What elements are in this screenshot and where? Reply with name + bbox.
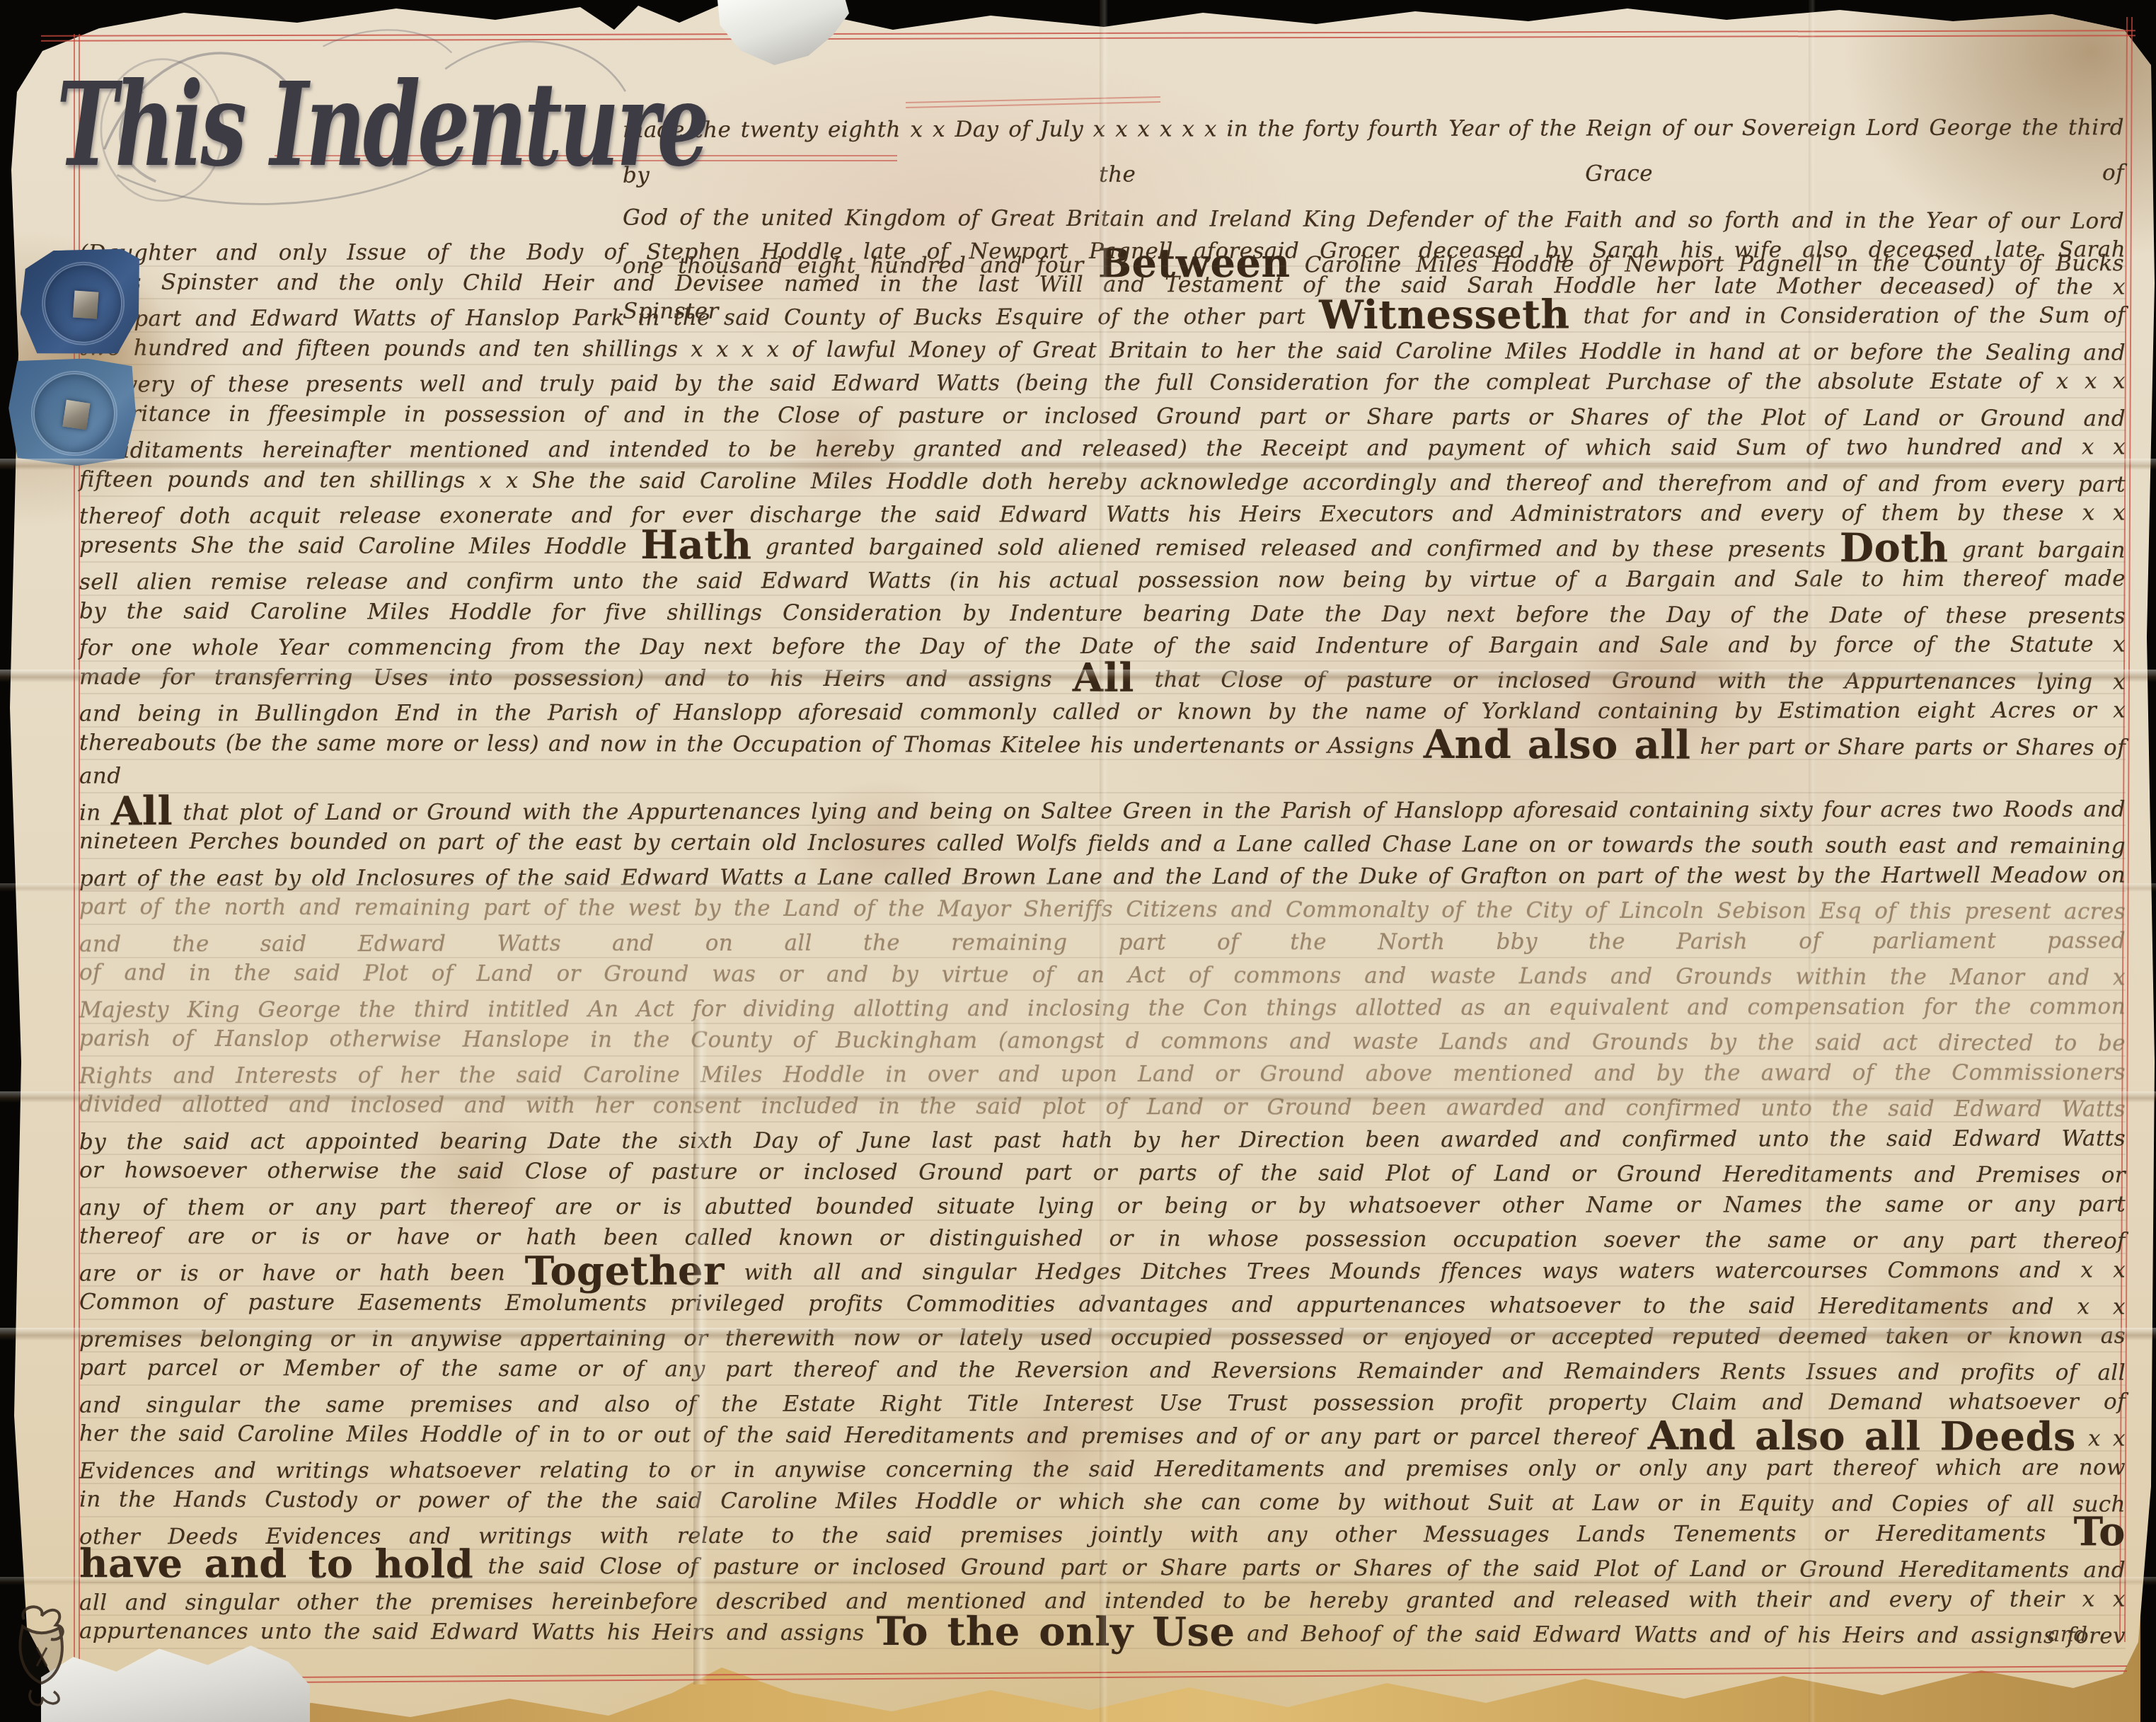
script-text: and the said Edward Watts and on all the…	[79, 928, 2126, 957]
script-text: part parcel or Member of the same or of …	[79, 1355, 2126, 1385]
engrossed-word: And also all	[1424, 721, 1691, 768]
manuscript-line: one part and Edward Watts of Hanslop Par…	[79, 299, 2126, 335]
manuscript-line: parish of Hanslop otherwise Hanslope in …	[79, 1022, 2126, 1060]
manuscript-line: in the Hands Custody or power of the the…	[79, 1483, 2126, 1521]
engrossed-word: Hath	[640, 522, 751, 568]
manuscript-line: part of the east by old Inclosures of th…	[79, 859, 2126, 895]
script-text: that for and in Consideration of the Sum…	[1570, 302, 2126, 328]
script-text: fifteen pounds and ten shillings x x She…	[79, 466, 2126, 497]
catchword: and	[1804, 1622, 2087, 1647]
script-text: premises belonging or in anywise apperta…	[79, 1323, 2126, 1352]
engrossed-word: To	[2074, 1509, 2126, 1555]
script-text: Evidences and writings whatsoever relati…	[79, 1454, 2126, 1483]
manuscript-line: nineteen Perches bounded on part of the …	[79, 825, 2126, 863]
engrossed-word: To the only Use	[877, 1609, 1235, 1655]
script-text: that Close of pasture or inclosed Ground…	[1134, 667, 2126, 694]
script-text: God of the united Kingdom of Great Brita…	[623, 205, 2124, 234]
script-text: parish of Hanslop otherwise Hanslope in …	[79, 1026, 2126, 1056]
script-text: grant bargain	[1949, 536, 2126, 563]
scanned-parchment-deed: { "document": { "heading": "This Indentu…	[0, 0, 2156, 1722]
script-text: x x	[2076, 1425, 2126, 1451]
script-text: made for transferring Uses into possessi…	[79, 664, 1073, 691]
manuscript-line: Miles Spinster and the only Child Heir a…	[79, 265, 2126, 304]
script-text: presents She the said Caroline Miles Hod…	[79, 532, 640, 559]
script-text: appurtenances unto the said Edward Watts…	[79, 1618, 877, 1646]
script-text: Heriditaments hereinafter mentioned and …	[79, 434, 2126, 463]
script-text: by the said Caroline Miles Hoddle for fi…	[79, 598, 2126, 628]
manuscript-line: presents She the said Caroline Miles Hod…	[79, 529, 2126, 567]
script-text: in the Hands Custody or power of the the…	[79, 1486, 2126, 1517]
script-text: one part and Edward Watts of Hanslop Par…	[79, 304, 1319, 331]
engrossed-word: Witnesseth	[1319, 292, 1570, 339]
script-text: nineteen Perches bounded on part of the …	[79, 828, 2126, 859]
manuscript-line: her the said Caroline Miles Hoddle of in…	[79, 1417, 2126, 1455]
script-text: sell alien remise release and confirm un…	[79, 566, 2126, 595]
script-text: with all and singular Hedges Ditches Tre…	[725, 1257, 2126, 1285]
manuscript-line: of and in the said Plot of Land or Groun…	[79, 956, 2126, 994]
script-text: Rights and Interests of her the said Car…	[79, 1060, 2126, 1089]
script-text: thereabouts (be the same more or less) a…	[79, 730, 1424, 759]
stamp-center-foil	[73, 291, 99, 319]
script-text: or howsoever otherwise the said Close of…	[79, 1157, 2126, 1188]
manuscript-line: are or is or have or hath been Together …	[79, 1253, 2126, 1290]
script-text: divided allotted and inclosed and with h…	[79, 1091, 2126, 1122]
script-text: Inheritance in ffeesimple in possession …	[79, 401, 2126, 431]
script-text: two hundred and fifteen pounds and ten s…	[79, 335, 2126, 365]
script-text: granted bargained sold aliened remised r…	[751, 534, 1839, 562]
script-text: by the said act appointed bearing Date t…	[79, 1125, 2126, 1154]
script-text: Common of pasture Easements Emoluments p…	[79, 1289, 2126, 1319]
script-text: (Daughter and only Issue of the Body of …	[79, 236, 2126, 265]
manuscript-line: and being in Bullingdon End in the Paris…	[79, 694, 2126, 730]
manuscript-line: by the said Caroline Miles Hoddle for fi…	[79, 595, 2126, 633]
manuscript-line: in All that plot of Land or Ground with …	[79, 793, 2126, 830]
script-text: Majesty King George the third intitled A…	[79, 994, 2126, 1023]
script-text: thereof doth acquit release exonerate an…	[79, 500, 2126, 529]
manuscript-line: Heriditaments hereinafter mentioned and …	[79, 430, 2126, 467]
manuscript-line: Evidences and writings whatsoever relati…	[79, 1451, 2126, 1488]
manuscript-line: fifteen pounds and ten shillings x x She…	[79, 463, 2126, 501]
script-text: Delivery of these presents well and trul…	[79, 368, 2126, 397]
script-text: made the twenty eighth x x Day of July x…	[623, 115, 2124, 188]
script-text: her the said Caroline Miles Hoddle of in…	[79, 1420, 1648, 1450]
script-text: the said Close of pasture or inclosed Gr…	[473, 1554, 2126, 1583]
manuscript-line: thereof doth acquit release exonerate an…	[79, 496, 2126, 533]
script-text: that plot of Land or Ground with the App…	[173, 796, 2126, 825]
manuscript-line: part parcel or Member of the same or of …	[79, 1351, 2126, 1389]
deed-body-block: (Daughter and only Issue of the Body of …	[79, 235, 2126, 1651]
manuscript-line: two hundred and fifteen pounds and ten s…	[79, 331, 2126, 369]
manuscript-line: and the said Edward Watts and on all the…	[79, 924, 2126, 961]
duty-stamp-lower	[7, 357, 137, 468]
manuscript-line: Majesty King George the third intitled A…	[79, 990, 2126, 1027]
script-text: part of the east by old Inclosures of th…	[79, 862, 2126, 891]
heading-block: This Indenture	[51, 28, 674, 241]
engrossed-word: All	[1073, 655, 1134, 701]
script-text: of and in the said Plot of Land or Groun…	[79, 960, 2126, 990]
script-text: thereof are or is or have or hath been c…	[79, 1223, 2126, 1253]
script-text: part of the north and remaining part of …	[79, 894, 2126, 924]
manuscript-line: Delivery of these presents well and trul…	[79, 365, 2126, 401]
manuscript-line: Inheritance in ffeesimple in possession …	[79, 397, 2126, 435]
script-text: Miles Spinster and the only Child Heir a…	[79, 269, 2126, 299]
manuscript-line: thereabouts (be the same more or less) a…	[79, 726, 2126, 797]
engrossed-word: have and to hold	[79, 1541, 473, 1588]
manuscript-line: by the said act appointed bearing Date t…	[79, 1122, 2126, 1159]
manuscript-line: Common of pasture Easements Emoluments p…	[79, 1285, 2126, 1324]
stamp-center-foil	[62, 400, 90, 430]
manuscript-line: or howsoever otherwise the said Close of…	[79, 1154, 2126, 1192]
deed-heading: This Indenture	[57, 57, 707, 193]
manuscript-line: made the twenty eighth x x Day of July x…	[623, 105, 2124, 198]
script-text: any of them or any part thereof are or i…	[79, 1191, 2126, 1220]
script-text: and being in Bullingdon End in the Paris…	[79, 697, 2126, 726]
script-text: in	[79, 800, 111, 825]
manuscript-line: Rights and Interests of her the said Car…	[79, 1056, 2126, 1093]
manuscript-line: made for transferring Uses into possessi…	[79, 660, 2126, 699]
manuscript-line: sell alien remise release and confirm un…	[79, 562, 2126, 599]
manuscript-line: divided allotted and inclosed and with h…	[79, 1088, 2126, 1126]
manuscript-line: premises belonging or in anywise apperta…	[79, 1319, 2126, 1356]
manuscript-line: part of the north and remaining part of …	[79, 890, 2126, 929]
manuscript-line: any of them or any part thereof are or i…	[79, 1188, 2126, 1224]
manuscript-line: thereof are or is or have or hath been c…	[79, 1219, 2126, 1258]
manuscript-line: have and to hold the said Close of pastu…	[79, 1549, 2126, 1587]
ink-crest-icon	[3, 1598, 81, 1718]
script-text: are or is or have or hath been	[79, 1260, 525, 1286]
